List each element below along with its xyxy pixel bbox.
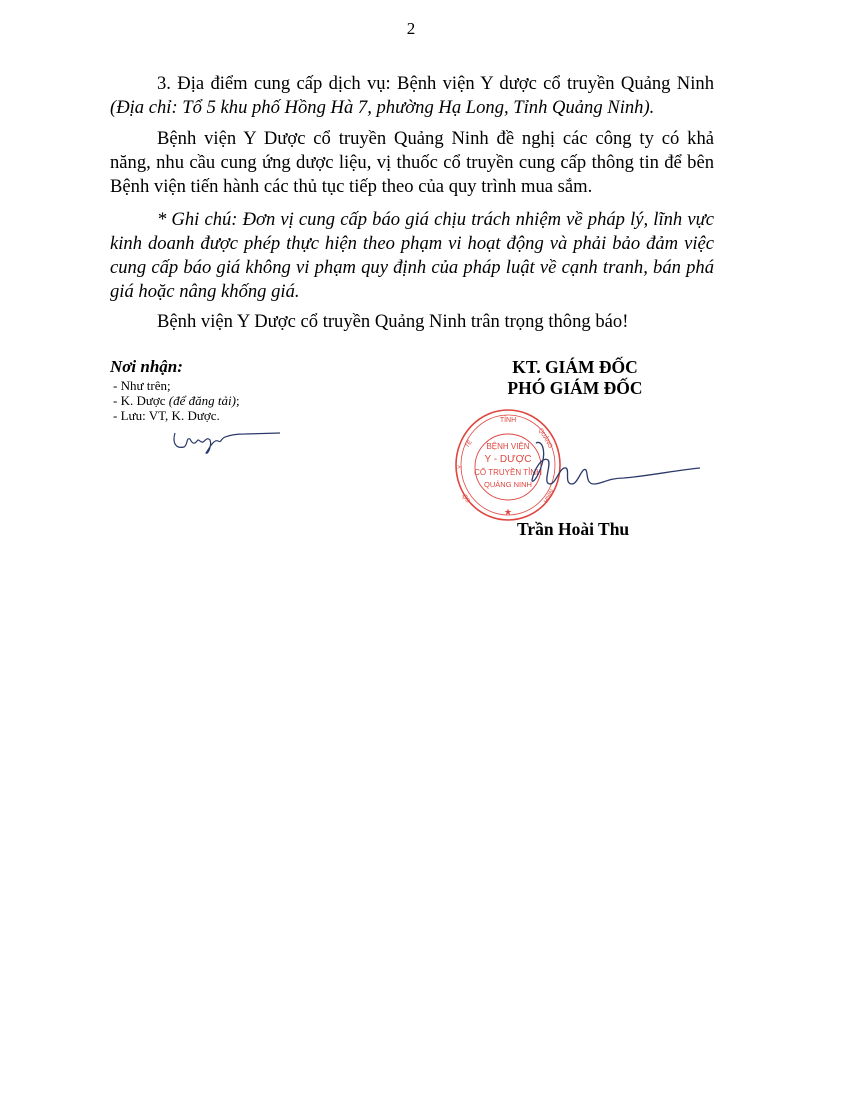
request-paragraph: Bệnh viện Y Dược cổ truyền Quảng Ninh đề… — [110, 127, 714, 199]
svg-text:TẾ: TẾ — [464, 439, 474, 449]
recipient-item: - K. Dược (để đăng tải); — [110, 393, 240, 408]
service-location-text: 3. Địa điểm cung cấp dịch vụ: Bệnh viện … — [157, 73, 714, 94]
director-signature-icon — [528, 440, 708, 495]
note-paragraph: * Ghi chú: Đơn vị cung cấp báo giá chịu … — [110, 208, 714, 304]
recipient-item: - Như trên; — [110, 378, 240, 393]
initials-signature-icon — [170, 425, 285, 460]
stamp-line4: QUẢNG NINH — [484, 480, 532, 489]
service-location-paragraph: 3. Địa điểm cung cấp dịch vụ: Bệnh viện … — [110, 72, 714, 120]
signature-title-line2: PHÓ GIÁM ĐỐC — [470, 378, 680, 399]
closing-paragraph: Bệnh viện Y Dược cổ truyền Quảng Ninh tr… — [110, 310, 714, 334]
svg-text:Y: Y — [458, 465, 464, 469]
recipient-item: - Lưu: VT, K. Dược. — [110, 408, 240, 423]
recipient-text: - K. Dược — [113, 393, 169, 408]
recipients-block: Nơi nhận: - Như trên; - K. Dược (để đăng… — [110, 357, 240, 423]
svg-text:★: ★ — [504, 507, 512, 517]
recipient-punct: ; — [236, 393, 240, 408]
signer-name: Trần Hoài Thu — [517, 519, 629, 540]
signature-block: KT. GIÁM ĐỐC PHÓ GIÁM ĐỐC — [470, 357, 680, 399]
page-number: 2 — [0, 19, 822, 39]
recipient-note: (để đăng tải) — [169, 393, 236, 408]
signature-title-line1: KT. GIÁM ĐỐC — [470, 357, 680, 378]
service-address: (Địa chỉ: Tổ 5 khu phố Hồng Hà 7, phường… — [110, 97, 654, 118]
stamp-line1: BỆNH VIỆN — [486, 442, 529, 451]
stamp-line2: Y - DƯỢC — [485, 454, 532, 465]
stamp-top-text: TỈNH — [500, 415, 516, 424]
recipients-title: Nơi nhận: — [110, 357, 240, 377]
